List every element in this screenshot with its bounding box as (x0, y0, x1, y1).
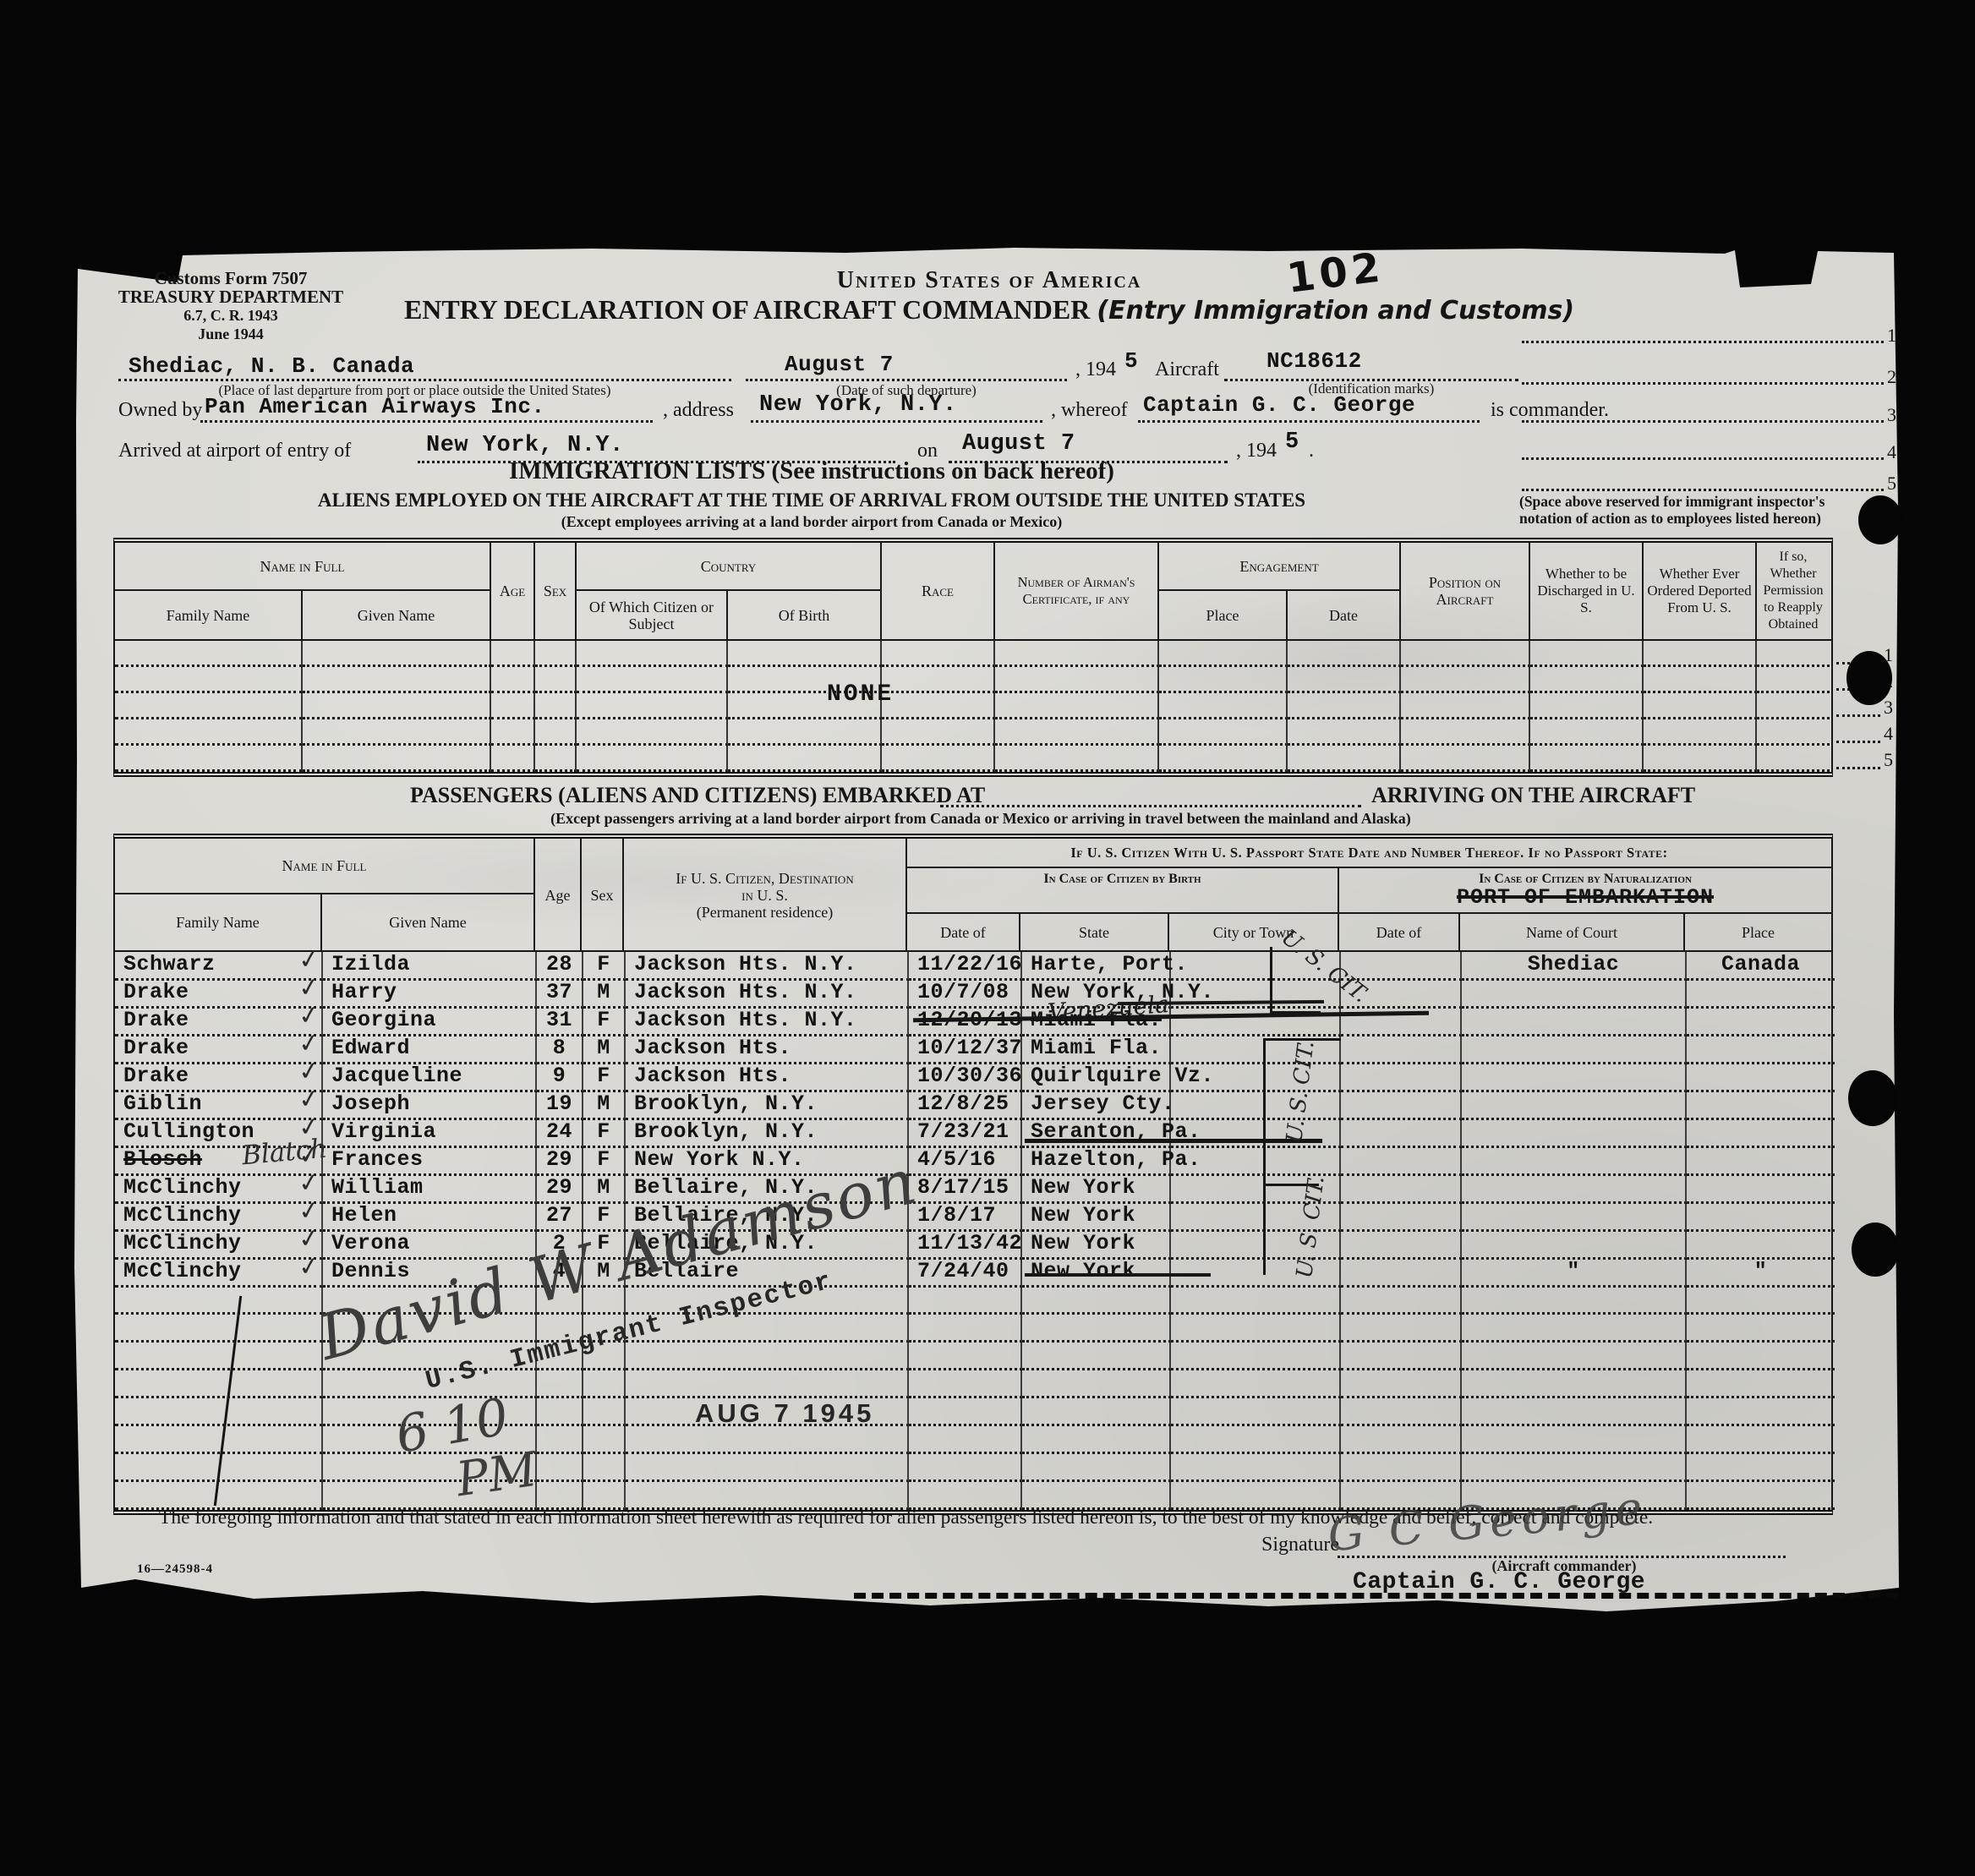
col-engagement-date: Date (1288, 591, 1401, 639)
checkmark-annotation: ✓ (297, 1222, 322, 1255)
commander-line (1138, 420, 1480, 423)
empty-cell (1687, 1370, 1835, 1398)
pen-bracket-1-vertical (1270, 947, 1272, 1013)
cell-state: Harte, Port. (1022, 952, 1171, 981)
cell-don (1341, 1147, 1462, 1176)
cell-age: 29 (537, 1175, 583, 1204)
cell-court (1462, 1231, 1687, 1260)
passengers-title: PASSENGERS (ALIENS AND CITIZENS) EMBARKE… (410, 783, 985, 808)
t1-row-number-4: 4 (1884, 723, 1893, 745)
cell-sex: F (583, 952, 626, 981)
aliens-empty-cell (115, 746, 303, 772)
cell-court (1462, 1036, 1687, 1064)
cell-family: Drake✓ (115, 980, 323, 1009)
cell-dob: 10/12/37 (909, 1036, 1022, 1064)
passenger-row: Drake✓Harry37MJackson Hts. N.Y.10/7/08Ne… (115, 980, 1831, 1008)
cell-dest: Jackson Hts. (626, 1064, 909, 1092)
aliens-empty-cell (577, 667, 728, 693)
aliens-empty-cell (577, 693, 728, 719)
cell-sex: M (583, 1175, 626, 1204)
empty-cell (1341, 1315, 1462, 1343)
pen-bracket-2-vertical (1263, 1038, 1266, 1275)
commander-value: Captain G. C. George (1143, 392, 1415, 418)
passenger-row: Giblin✓Joseph19MBrooklyn, N.Y.12/8/25Jer… (115, 1091, 1831, 1119)
empty-cell (537, 1454, 583, 1482)
col-place: Place (1685, 914, 1831, 952)
empty-cell (1022, 1370, 1171, 1398)
aliens-empty-cell (1757, 693, 1830, 719)
destination-line3: (Permanent residence) (676, 904, 853, 921)
cell-dob: 8/17/15 (909, 1175, 1022, 1204)
cell-family: Drake✓ (115, 1008, 323, 1036)
empty-cell (1022, 1426, 1171, 1454)
col-race: Race (882, 543, 995, 639)
aliens-empty-cell (115, 719, 303, 746)
aliens-empty-cell (491, 667, 535, 693)
aliens-empty-cell (115, 641, 303, 667)
t1-rownum-line-3 (1836, 714, 1880, 717)
col-name-of-court: Name of Court (1460, 914, 1685, 952)
col-family-name: Family Name (115, 894, 322, 950)
passenger-row: Drake✓Georgina31FJackson Hts. N.Y.12/20/… (115, 1008, 1831, 1036)
empty-cell (1171, 1398, 1341, 1426)
t1-row-number-3: 3 (1884, 697, 1893, 719)
checkmark-annotation: ✓ (297, 1055, 322, 1087)
cell-family: McClinchy✓ (115, 1175, 323, 1204)
empty-cell (1341, 1398, 1462, 1426)
side-line-2 (1522, 382, 1884, 385)
aliens-empty-cell (1159, 719, 1288, 746)
aliens-empty-cell (1401, 719, 1530, 746)
pen-bracket-1-horizontal (1270, 1011, 1321, 1014)
empty-cell (115, 1426, 323, 1454)
passport-note: If U. S. Citizen With U. S. Passport Sta… (907, 839, 1831, 868)
page-title: ENTRY DECLARATION OF AIRCRAFT COMMANDER … (152, 294, 1826, 325)
cell-given: Virginia (323, 1119, 537, 1148)
aliens-table-header: Name in Full Family Name Given Name Age … (115, 543, 1831, 641)
address-value: New York, N.Y. (759, 392, 957, 418)
cell-given: Frances (323, 1147, 537, 1176)
aliens-empty-cell (535, 719, 577, 746)
empty-cell (626, 1370, 909, 1398)
year-digit: 5 (1124, 348, 1138, 374)
cell-state: New York (1022, 1175, 1171, 1204)
t1-row-number-5: 5 (1884, 749, 1893, 771)
side-line-1 (1522, 341, 1884, 343)
passenger-row: McClinchy✓Dennis4MBellaire7/24/40New Yor… (115, 1259, 1831, 1287)
year-prefix-label: , 194 (1075, 358, 1116, 381)
cell-dob: 11/13/42 (909, 1231, 1022, 1260)
empty-cell (583, 1398, 626, 1426)
aliens-empty-cell (1530, 693, 1644, 719)
empty-cell (115, 1370, 323, 1398)
cell-family: BloschBlatch✓ (115, 1147, 323, 1176)
col-airman-certificate: Number of Airman's Certificate, if any (995, 543, 1159, 639)
empty-cell (1687, 1454, 1835, 1482)
cell-dest: Brooklyn, N.Y. (626, 1091, 909, 1120)
cell-state: Hazelton, Pa. (1022, 1147, 1171, 1176)
cell-given: Joseph (323, 1091, 537, 1120)
cell-age: 24 (537, 1119, 583, 1148)
aliens-empty-cell (1401, 667, 1530, 693)
empty-cell (1341, 1370, 1462, 1398)
aircraft-label: Aircraft (1155, 358, 1219, 381)
aliens-empty-cell (882, 667, 995, 693)
cell-court (1462, 980, 1687, 1009)
aliens-empty-cell (1159, 746, 1288, 772)
cell-city (1171, 1091, 1341, 1120)
col-given-name: Given Name (322, 894, 533, 950)
inspector-space-note-line1: (Space above reserved for immigrant insp… (1519, 493, 1901, 510)
empty-cell (583, 1454, 626, 1482)
cell-dob: 7/24/40 (909, 1259, 1022, 1288)
aliens-empty-cell (1159, 693, 1288, 719)
immigration-lists-heading: IMMIGRATION LISTS (See instructions on b… (127, 457, 1496, 485)
cell-family: Giblin✓ (115, 1091, 323, 1120)
empty-cell (1171, 1426, 1341, 1454)
arrival-year-digit: 5 (1285, 429, 1299, 455)
col-position: Position on Aircraft (1401, 543, 1530, 639)
aliens-empty-cell (535, 641, 577, 667)
aliens-empty-cell (1530, 719, 1644, 746)
cell-don (1341, 1259, 1462, 1288)
aliens-empty-cell (882, 693, 995, 719)
side-line-5 (1522, 489, 1884, 491)
aliens-empty-cell (1530, 641, 1644, 667)
passenger-row: McClinchy✓Helen27FBellaire, N.Y.1/8/17Ne… (115, 1203, 1831, 1231)
cell-place (1687, 1091, 1835, 1120)
cell-dob: 10/7/08 (909, 980, 1022, 1009)
empty-cell (1462, 1398, 1687, 1426)
col-family-name: Family Name (115, 591, 303, 639)
empty-cell (1022, 1454, 1171, 1482)
empty-cell (537, 1426, 583, 1454)
checkmark-annotation: ✓ (297, 1195, 322, 1227)
empty-cell (1171, 1454, 1341, 1482)
aliens-empty-cell (1159, 641, 1288, 667)
departure-date-value: August 7 (785, 352, 894, 377)
aliens-empty-cell (115, 667, 303, 693)
aliens-empty-cell (577, 641, 728, 667)
col-reapply: If so, Whether Permission to Reapply Obt… (1757, 543, 1830, 639)
aliens-empty-cell (1530, 746, 1644, 772)
checkmark-annotation: ✓ (297, 1139, 322, 1171)
side-line-4 (1522, 457, 1884, 460)
aliens-empty-cell (882, 719, 995, 746)
cell-age: 19 (537, 1091, 583, 1120)
empty-cell (537, 1370, 583, 1398)
empty-cell (1341, 1426, 1462, 1454)
cell-place (1687, 1119, 1835, 1148)
aliens-empty-cell (1644, 719, 1757, 746)
aliens-empty-cell (728, 719, 882, 746)
cell-age: 29 (537, 1147, 583, 1176)
cell-dest: Jackson Hts. N.Y. (626, 952, 909, 981)
empty-cell (1022, 1315, 1171, 1343)
cell-age: 8 (537, 1036, 583, 1064)
aliens-empty-cell (535, 667, 577, 693)
checkmark-annotation: ✓ (297, 943, 322, 976)
empty-cell (1341, 1454, 1462, 1482)
aliens-empty-cell (115, 693, 303, 719)
empty-cell (1462, 1287, 1687, 1315)
cell-given: William (323, 1175, 537, 1204)
aliens-empty-cell (1288, 641, 1401, 667)
cell-state: Jersey Cty. (1022, 1091, 1171, 1120)
punch-hole-3 (1852, 1222, 1899, 1277)
departure-place-value: Shediac, N. B. Canada (129, 353, 414, 379)
aliens-empty-cell (1288, 667, 1401, 693)
cell-family: Drake✓ (115, 1064, 323, 1092)
empty-cell (1022, 1398, 1171, 1426)
cell-court (1462, 1119, 1687, 1148)
empty-cell (909, 1370, 1022, 1398)
inspector-space-note: (Space above reserved for immigrant insp… (1519, 493, 1901, 527)
aliens-empty-cell (303, 719, 491, 746)
col-engagement: Engagement (1159, 543, 1401, 591)
aliens-empty-cell (1757, 719, 1830, 746)
cell-place (1687, 1231, 1835, 1260)
cell-court (1462, 1203, 1687, 1232)
empty-cell (1171, 1315, 1341, 1343)
empty-cell (1462, 1370, 1687, 1398)
punch-hole-2 (1848, 1070, 1897, 1126)
passenger-row: Schwarz✓Izilda28FJackson Hts. N.Y.11/22/… (115, 952, 1831, 980)
t1-rownum-line-4 (1836, 741, 1880, 743)
cell-court: Shediac (1462, 952, 1687, 981)
aliens-empty-cell (303, 693, 491, 719)
checkmark-annotation: ✓ (297, 1027, 322, 1059)
aliens-empty-cell (995, 641, 1159, 667)
passenger-row (115, 1454, 1831, 1482)
empty-cell (909, 1398, 1022, 1426)
passenger-row: McClinchy✓Verona2FBellaire, N.Y.11/13/42… (115, 1231, 1831, 1259)
cell-given: Edward (323, 1036, 537, 1064)
aliens-empty-cell (303, 746, 491, 772)
side-line-number-3: 3 (1887, 404, 1896, 426)
cell-given: Georgina (323, 1008, 537, 1036)
empty-cell (1462, 1454, 1687, 1482)
cell-don (1341, 1091, 1462, 1120)
cell-given: Jacqueline (323, 1064, 537, 1092)
cell-sex: F (583, 1119, 626, 1148)
aliens-empty-cell (882, 641, 995, 667)
cell-city (1171, 1119, 1341, 1148)
empty-cell (583, 1370, 626, 1398)
aliens-empty-cell (535, 746, 577, 772)
empty-cell (909, 1454, 1022, 1482)
cell-sex: M (583, 1091, 626, 1120)
cell-don (1341, 1119, 1462, 1148)
by-naturalization-group: In Case of Citizen by Naturalization POR… (1339, 868, 1831, 912)
cell-state: Quirlquire Vz. (1022, 1064, 1171, 1092)
passenger-row: Drake✓Edward8MJackson Hts.10/12/37Miami … (115, 1036, 1831, 1064)
cell-dest: Jackson Hts. (626, 1036, 909, 1064)
empty-cell (1462, 1343, 1687, 1370)
aircraft-id-value: NC18612 (1267, 348, 1362, 374)
empty-cell (115, 1315, 323, 1343)
empty-cell (1462, 1315, 1687, 1343)
cell-dob: 7/23/21 (909, 1119, 1022, 1148)
cell-state: New York (1022, 1203, 1171, 1232)
empty-cell (1687, 1426, 1835, 1454)
aliens-employed-table: Name in Full Family Name Given Name Age … (113, 538, 1833, 777)
print-code: 16—24598-4 (137, 1562, 213, 1577)
destination-line2: in U. S. (676, 887, 853, 904)
checkmark-annotation: ✓ (297, 1083, 322, 1115)
arrival-airport-value: New York, N.Y. (426, 433, 624, 458)
col-of-birth: Of Birth (728, 591, 882, 639)
empty-cell (626, 1343, 909, 1370)
col-given-name: Given Name (303, 591, 491, 639)
col-engagement-place: Place (1159, 591, 1288, 639)
cell-don (1341, 1036, 1462, 1064)
aliens-employed-heading: ALIENS EMPLOYED ON THE AIRCRAFT AT THE T… (127, 490, 1496, 511)
passengers-table: Name in Full Family Name Given Name Age … (113, 834, 1833, 1515)
side-line-number-1: 1 (1887, 325, 1896, 347)
aliens-empty-cell (1644, 667, 1757, 693)
col-citizen-of: Of Which Citizen or Subject (577, 591, 728, 639)
aliens-empty-cell (303, 667, 491, 693)
cell-family: McClinchy✓ (115, 1259, 323, 1288)
aliens-empty-cell (1644, 693, 1757, 719)
aliens-empty-cell (577, 719, 728, 746)
port-of-embarkation-struck: PORT OF EMBARKATION (1457, 885, 1714, 910)
aliens-empty-cell (1401, 693, 1530, 719)
cell-place (1687, 1036, 1835, 1064)
col-age: Age (491, 543, 535, 639)
cell-place (1687, 1008, 1835, 1036)
cell-place (1687, 1147, 1835, 1176)
col-destination: If U. S. Citizen, Destination in U. S. (… (624, 839, 907, 952)
checkmark-annotation: ✓ (297, 999, 322, 1031)
whereof-label: , whereof (1051, 399, 1128, 422)
col-deported: Whether Ever Ordered Deported From U. S. (1644, 543, 1757, 639)
cell-don (1341, 1231, 1462, 1260)
passenger-row: McClinchy✓William29MBellaire, N.Y.8/17/1… (115, 1175, 1831, 1203)
owner-line (200, 420, 653, 423)
cell-sex: F (583, 1147, 626, 1176)
aliens-empty-cell (1530, 667, 1644, 693)
aliens-empty-cell (491, 746, 535, 772)
cell-place (1687, 1203, 1835, 1232)
empty-cell (909, 1343, 1022, 1370)
empty-cell (1687, 1343, 1835, 1370)
col-country: Country (577, 543, 882, 591)
aliens-empty-cell (535, 693, 577, 719)
aliens-empty-cell (491, 641, 535, 667)
col-age: Age (535, 839, 582, 952)
passengers-table-header: Name in Full Family Name Given Name Age … (115, 839, 1831, 952)
passenger-row: Drake✓Jacqueline9FJackson Hts.10/30/36Qu… (115, 1064, 1831, 1091)
cell-age: 31 (537, 1008, 583, 1036)
cell-don (1341, 1064, 1462, 1092)
empty-cell (115, 1343, 323, 1370)
cell-dob: 4/5/16 (909, 1147, 1022, 1176)
cell-dob: 10/30/36 (909, 1064, 1022, 1092)
aliens-empty-cell (491, 719, 535, 746)
cell-dest: Jackson Hts. N.Y. (626, 980, 909, 1009)
address-label: , address (663, 399, 734, 422)
col-state: State (1020, 914, 1169, 952)
cell-sex: F (583, 1064, 626, 1092)
side-line-number-5: 5 (1887, 473, 1896, 495)
col-name-in-full: Name in Full Family Name Given Name (115, 839, 535, 952)
empty-cell (626, 1426, 909, 1454)
passenger-row (115, 1426, 1831, 1454)
cell-state: Seranton, Pa. (1022, 1119, 1171, 1148)
owned-by-label: Owned by (118, 399, 202, 422)
aliens-empty-cell (577, 746, 728, 772)
name-group-label: Name in Full (115, 839, 533, 894)
empty-cell (1171, 1343, 1341, 1370)
cell-don (1341, 1175, 1462, 1204)
empty-cell (1022, 1287, 1171, 1315)
empty-cell (1687, 1398, 1835, 1426)
passenger-row: Cullington✓Virginia24FBrooklyn, N.Y.7/23… (115, 1119, 1831, 1147)
empty-cell (1462, 1426, 1687, 1454)
cell-place: Canada (1687, 952, 1835, 981)
cell-place: " (1687, 1259, 1835, 1288)
aliens-empty-cell (491, 693, 535, 719)
pen-underline-scranton (1025, 1139, 1322, 1143)
cell-age: 37 (537, 980, 583, 1009)
empty-cell (537, 1398, 583, 1426)
time-annotation-pm: PM (453, 1442, 540, 1508)
cell-state: New York (1022, 1231, 1171, 1260)
col-date-of-naturalization: Date of (1339, 914, 1460, 952)
cell-court: " (1462, 1259, 1687, 1288)
cell-age: 28 (537, 952, 583, 981)
cell-age: 9 (537, 1064, 583, 1092)
embarked-at-line (940, 805, 1361, 807)
empty-cell (115, 1287, 323, 1315)
cell-dob: 11/22/16 (909, 952, 1022, 981)
date-line: June 1944 (108, 325, 353, 343)
arrival-date-stamp: AUG 7 1945 (695, 1398, 874, 1429)
aliens-empty-cell (1644, 641, 1757, 667)
cell-sex: M (583, 1036, 626, 1064)
aliens-table-body (115, 641, 1831, 772)
empty-cell (1171, 1370, 1341, 1398)
passenger-row (115, 1398, 1831, 1426)
col-date-of-birth: Date of (907, 914, 1020, 952)
col-sex: Sex (535, 543, 577, 639)
cell-given: Helen (323, 1203, 537, 1232)
passengers-exception-note: (Except passengers arriving at a land bo… (254, 810, 1708, 828)
aliens-empty-cell (1288, 719, 1401, 746)
owner-value: Pan American Airways Inc. (205, 394, 545, 419)
aliens-empty-cell (1757, 641, 1830, 667)
col-discharged: Whether to be Discharged in U. S. (1530, 543, 1644, 639)
commander-typed-name: Captain G. C. George (1353, 1569, 1645, 1595)
cell-court (1462, 1091, 1687, 1120)
scanned-document-page: Customs Form 7507 TREASURY DEPARTMENT 6.… (0, 0, 1975, 1876)
cell-dob: 1/8/17 (909, 1203, 1022, 1232)
empty-cell (909, 1287, 1022, 1315)
passengers-table-body: Schwarz✓Izilda28FJackson Hts. N.Y.11/22/… (115, 952, 1831, 1510)
departure-date-line (746, 379, 1067, 381)
cell-family: McClinchy✓ (115, 1203, 323, 1232)
cell-place (1687, 1175, 1835, 1204)
col-name-in-full: Name in Full (115, 543, 491, 591)
col-sex: Sex (582, 839, 624, 952)
perforation-line (854, 1593, 1898, 1599)
cell-state: Miami Fla.Venezuela (1022, 1008, 1171, 1036)
aliens-empty-cell (1288, 693, 1401, 719)
aliens-empty-cell (1757, 746, 1830, 772)
aliens-empty-cell (728, 746, 882, 772)
